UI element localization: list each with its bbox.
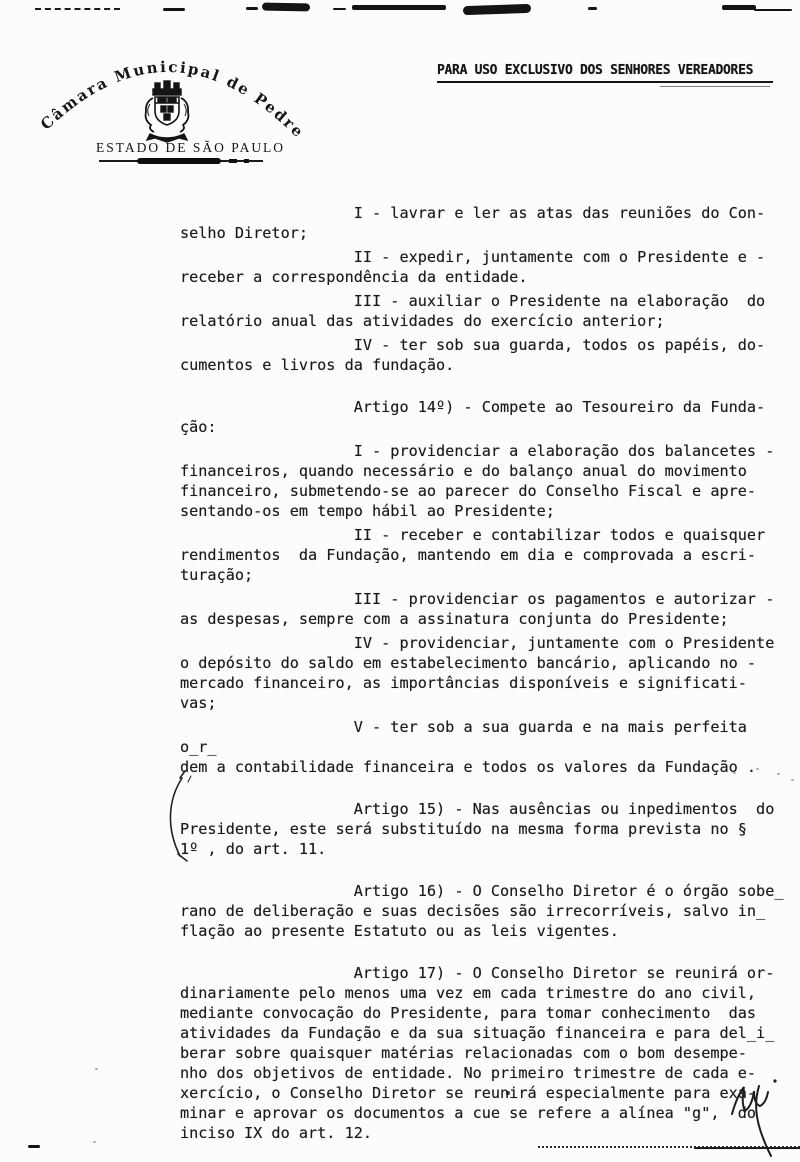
scan-artifact — [722, 5, 756, 10]
scan-artifact — [754, 9, 792, 11]
scan-artifact — [95, 1068, 98, 1070]
scan-artifact — [756, 768, 759, 770]
paragraph-item-ii-tes: II - receber e contabilizar todos e quai… — [180, 525, 792, 585]
scan-artifact — [463, 4, 531, 15]
scan-artifact — [35, 8, 120, 10]
scan-artifact — [333, 8, 346, 10]
scan-artifact — [246, 7, 258, 10]
paragraph-item-iii-tes: III - providenciar os pagamentos e autor… — [180, 589, 792, 629]
classification-header: PARA USO EXCLUSIVO DOS SENHORES VEREADOR… — [437, 63, 773, 83]
scan-artifact — [777, 773, 780, 775]
paragraph-item-v-tes: V - ter sob a sua guarda e na mais perfe… — [180, 717, 792, 777]
scan-artifact — [588, 7, 597, 10]
paragraph-artigo-14: Artigo 14º) - Compete ao Tesoureiro da F… — [180, 397, 792, 437]
scan-artifact — [352, 5, 446, 10]
scanned-document-page: Câmara Municipal de Pedreira — [0, 0, 800, 1162]
paragraph-artigo-17: Artigo 17) - O Conselho Diretor se reuni… — [180, 963, 792, 1143]
scan-artifact — [733, 772, 736, 774]
coat-of-arms-icon — [136, 80, 198, 146]
paragraph-item-i: I - lavrar e ler as atas das reuniões do… — [180, 203, 792, 243]
paragraph-item-iv-tes: IV - providenciar, juntamente com o Pres… — [180, 633, 792, 713]
scan-artifact — [791, 779, 794, 781]
letterhead-state-line: ESTADO DE SÃO PAULO — [96, 140, 264, 156]
scan-artifact — [93, 1141, 96, 1143]
scan-artifact — [163, 8, 185, 11]
scan-artifact — [506, 1091, 510, 1095]
scan-artifact — [660, 86, 770, 87]
document-body: I - lavrar e ler as atas das reuniões do… — [180, 203, 792, 1147]
paragraph-artigo-15: Artigo 15) - Nas ausências ou inpediment… — [180, 799, 792, 859]
scan-artifact — [262, 3, 310, 12]
paragraph-item-ii: II - expedir, juntamente com o President… — [180, 247, 792, 287]
paragraph-item-iii: III - auxiliar o Presidente na elaboraçã… — [180, 291, 792, 331]
scan-artifact — [28, 1145, 40, 1148]
paragraph-artigo-16: Artigo 16) - O Conselho Diretor é o órgã… — [180, 881, 792, 941]
letterhead-rule — [99, 157, 263, 165]
paragraph-item-i-tes: I - providenciar a elaboração dos balanc… — [180, 441, 792, 521]
handwritten-signature — [712, 1072, 800, 1162]
paragraph-item-iv: IV - ter sob sua guarda, todos os papéis… — [180, 335, 792, 375]
handwritten-margin-mark — [158, 768, 192, 866]
